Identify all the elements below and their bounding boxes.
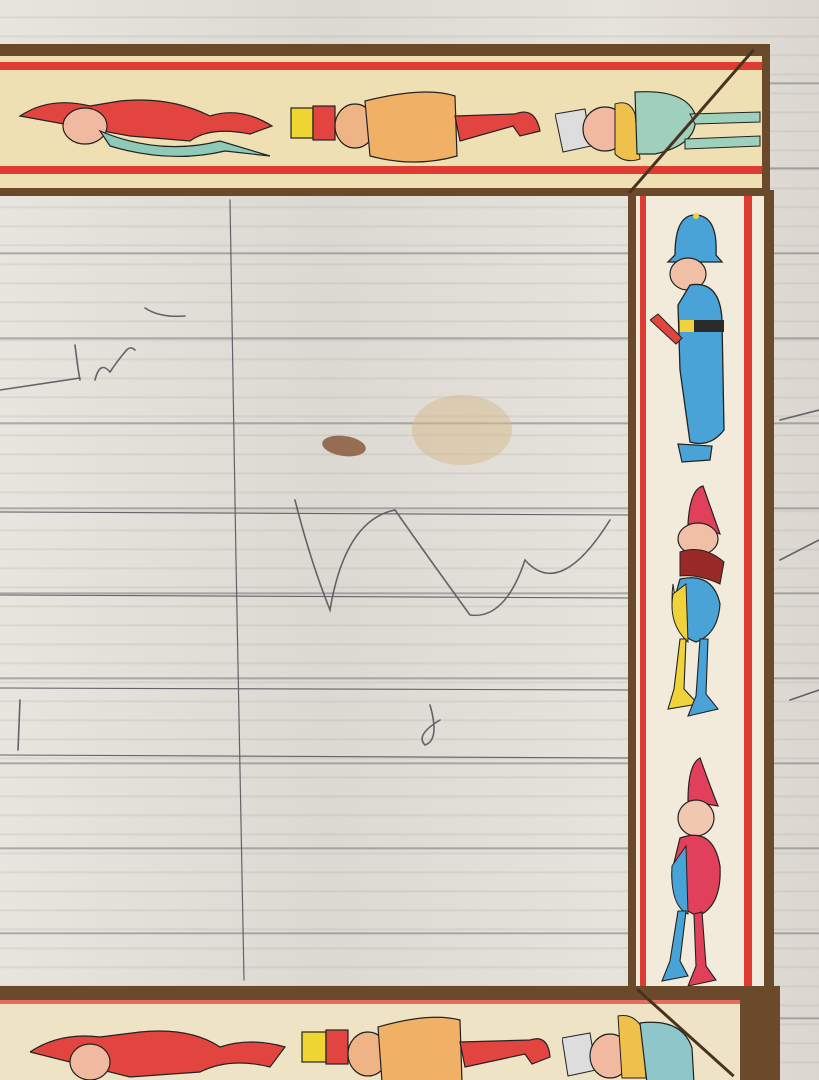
policeman-figure (650, 210, 740, 470)
top-hat-gnome-figure (300, 1012, 555, 1080)
red-blue-gnome-figure (658, 756, 738, 1001)
red-border-line (640, 196, 646, 1006)
yellow-stain (412, 395, 512, 465)
printed-strip-right (636, 196, 764, 1006)
red-border-line (0, 62, 762, 70)
red-border-line (744, 196, 752, 1006)
red-gnome-figure (30, 1022, 290, 1080)
top-hat-gnome-figure (285, 86, 545, 171)
red-gnome-figure (10, 86, 280, 166)
teal-gnome-figure (562, 1008, 737, 1080)
yellow-blue-gnome-figure (658, 484, 738, 729)
printed-strip-bottom (0, 1000, 740, 1080)
red-border-line (0, 1000, 740, 1004)
